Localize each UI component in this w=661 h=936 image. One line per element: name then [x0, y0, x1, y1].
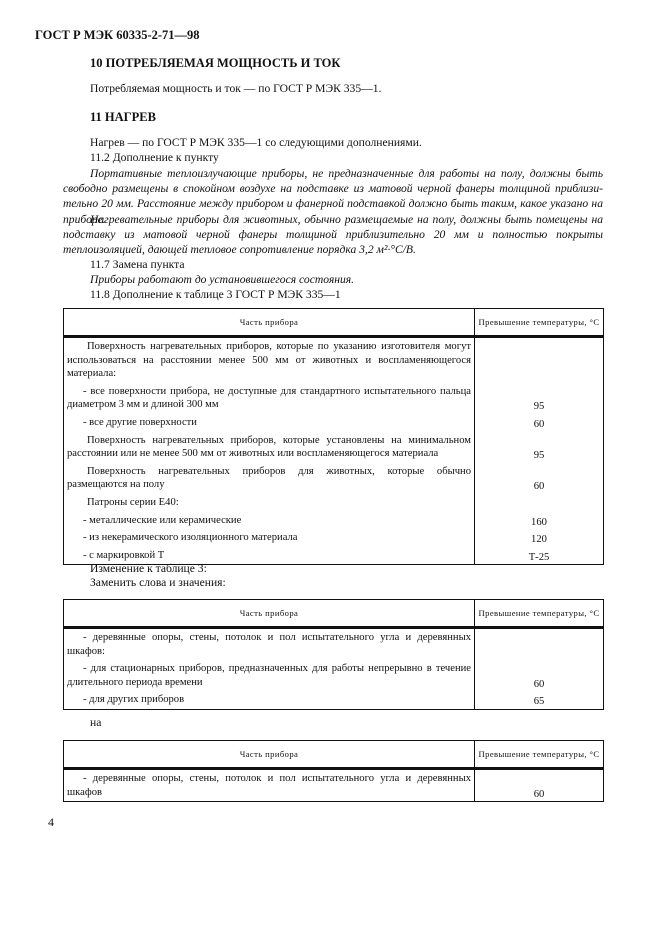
item-11-7: 11.7 Замена пункта: [90, 258, 184, 271]
cell-temperature-rise: 60: [475, 769, 604, 802]
cell-temperature-rise: [475, 628, 604, 661]
cell-temperature-rise: 60: [475, 660, 604, 691]
cell-temperature-rise: [475, 494, 604, 512]
temperature-rise-table-1: Часть прибора Превышение температуры, °С…: [63, 308, 604, 565]
cell-temperature-rise: Т-25: [475, 547, 604, 565]
cell-part: Патроны серии Е40:: [64, 494, 475, 512]
table-row: Поверхность нагревательных приборов, кот…: [64, 432, 604, 463]
cell-part: - из некерамического изоляционного матер…: [64, 529, 475, 547]
table-row: - из некерамического изоляционного матер…: [64, 529, 604, 547]
column-header-temperature: Превышение температуры, °С: [475, 309, 604, 337]
table-row: Патроны серии Е40:: [64, 494, 604, 512]
column-header-temperature: Превышение температуры, °С: [475, 741, 604, 769]
section-11-intro: Нагрев — по ГОСТ Р МЭК 335—1 со следующи…: [90, 136, 422, 149]
cell-temperature-rise: 65: [475, 691, 604, 709]
item-11-8: 11.8 Дополнение к таблице 3 ГОСТ Р МЭК 3…: [90, 288, 341, 301]
column-header-part: Часть прибора: [64, 600, 475, 628]
cell-part: - все поверхности прибора, не доступные …: [64, 383, 475, 414]
table-row: - все поверхности прибора, не доступные …: [64, 383, 604, 414]
table-row: - металлические или керамические160: [64, 512, 604, 530]
section-10-text: Потребляемая мощность и ток — по ГОСТ Р …: [90, 82, 381, 95]
change-note-line-1: Изменение к таблице 3:: [90, 562, 207, 575]
document-code: ГОСТ Р МЭК 60335-2-71—98: [35, 28, 200, 43]
cell-temperature-rise: 60: [475, 414, 604, 432]
column-header-part: Часть прибора: [64, 741, 475, 769]
cell-temperature-rise: 95: [475, 432, 604, 463]
column-header-part: Часть прибора: [64, 309, 475, 337]
connector-word: на: [90, 716, 101, 729]
temperature-rise-table-2: Часть прибора Превышение температуры, °С…: [63, 599, 604, 710]
cell-temperature-rise: 120: [475, 529, 604, 547]
temperature-rise-table-3: Часть прибора Превышение температуры, °С…: [63, 740, 604, 802]
item-11-2: 11.2 Дополнение к пункту: [90, 151, 219, 164]
table-row: Поверхность нагревательных приборов для …: [64, 463, 604, 494]
table-row: - деревянные опоры, стены, потолок и пол…: [64, 769, 604, 802]
cell-part: - деревянные опоры, стены, потолок и пол…: [64, 769, 475, 802]
table-row: - для других приборов65: [64, 691, 604, 709]
table-row: - все другие поверхности60: [64, 414, 604, 432]
column-header-temperature: Превышение температуры, °С: [475, 600, 604, 628]
table-row: - деревянные опоры, стены, потолок и пол…: [64, 628, 604, 661]
cell-part: - для стационарных приборов, предназначе…: [64, 660, 475, 691]
cell-part: - деревянные опоры, стены, потолок и пол…: [64, 628, 475, 661]
paragraph-animal-heaters: Нагревательные приборы для животных, обы…: [63, 212, 603, 258]
cell-temperature-rise: 60: [475, 463, 604, 494]
table-row: - для стационарных приборов, предназначе…: [64, 660, 604, 691]
cell-temperature-rise: [475, 337, 604, 383]
cell-part: Поверхность нагревательных приборов для …: [64, 463, 475, 494]
section-10-heading: 10 ПОТРЕБЛЯЕМАЯ МОЩНОСТЬ И ТОК: [90, 56, 340, 71]
section-11-heading: 11 НАГРЕВ: [90, 110, 156, 125]
cell-temperature-rise: 160: [475, 512, 604, 530]
cell-part: Поверхность нагревательных приборов, кот…: [64, 432, 475, 463]
cell-part: - для других приборов: [64, 691, 475, 709]
cell-temperature-rise: 95: [475, 383, 604, 414]
cell-part: - металлические или керамические: [64, 512, 475, 530]
paragraph-steady-state: Приборы работают до установившегося сост…: [90, 273, 354, 286]
cell-part: Поверхность нагревательных приборов, кот…: [64, 337, 475, 383]
table-row: Поверхность нагревательных приборов, кот…: [64, 337, 604, 383]
change-note-line-2: Заменить слова и значения:: [90, 576, 226, 589]
cell-part: - все другие поверхности: [64, 414, 475, 432]
page-number: 4: [48, 815, 54, 830]
